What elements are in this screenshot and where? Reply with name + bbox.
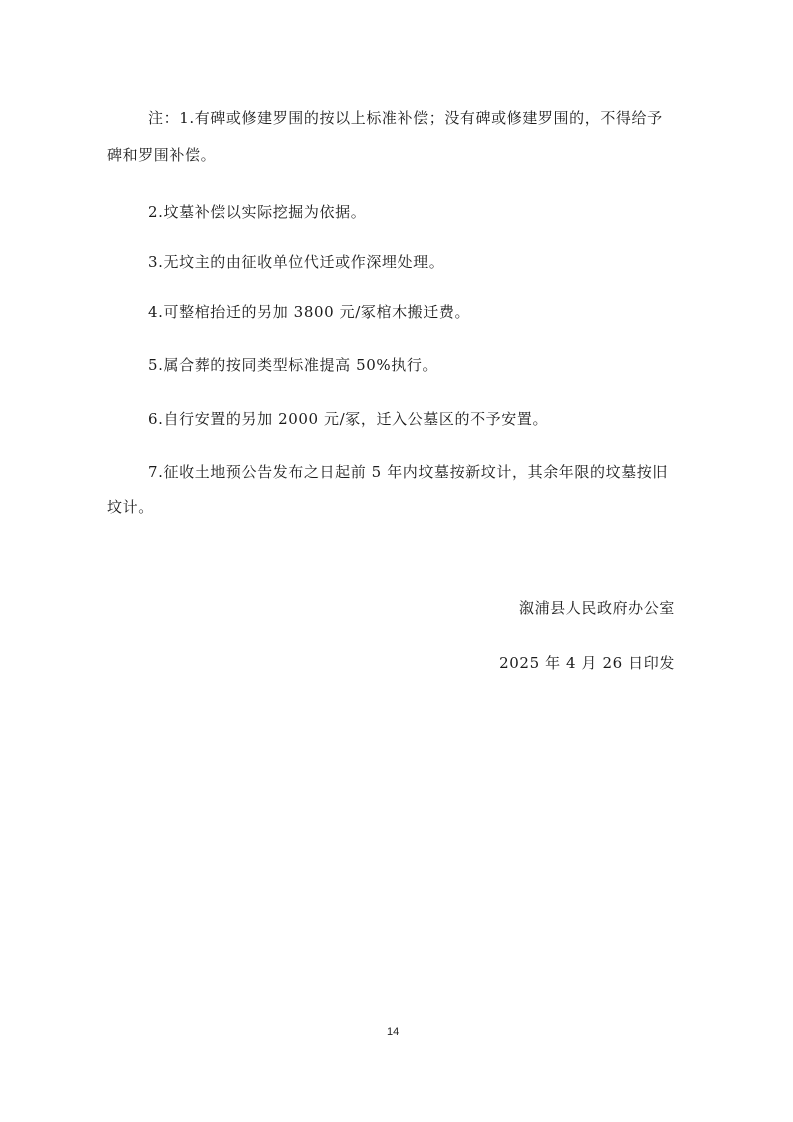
note-7-line-1: 7.征收土地预公告发布之日起前 5 年内坟墓按新坟计，其余年限的坟墓按旧 [148, 462, 668, 482]
note-1-line-2: 碑和罗围补偿。 [107, 145, 216, 165]
note-3: 3.无坟主的由征收单位代迁或作深埋处理。 [148, 252, 444, 272]
note-1-line-1: 注：1.有碑或修建罗围的按以上标准补偿；没有碑或修建罗围的，不得给予 [148, 108, 663, 128]
note-5: 5.属合葬的按同类型标准提高 50%执行。 [148, 355, 438, 375]
note-4: 4.可整棺抬迁的另加 3800 元/冢棺木搬迁费。 [148, 302, 470, 322]
note-6: 6.自行安置的另加 2000 元/冢，迁入公墓区的不予安置。 [148, 409, 548, 429]
document-page: 注：1.有碑或修建罗围的按以上标准补偿；没有碑或修建罗围的，不得给予 碑和罗围补… [0, 0, 793, 1122]
note-2: 2.坟墓补偿以实际挖掘为依据。 [148, 202, 366, 222]
issuer-name: 溆浦县人民政府办公室 [519, 598, 675, 618]
issue-date: 2025 年 4 月 26 日印发 [499, 653, 675, 673]
note-7-line-2: 坟计。 [107, 497, 154, 517]
page-number: 14 [387, 1026, 399, 1038]
